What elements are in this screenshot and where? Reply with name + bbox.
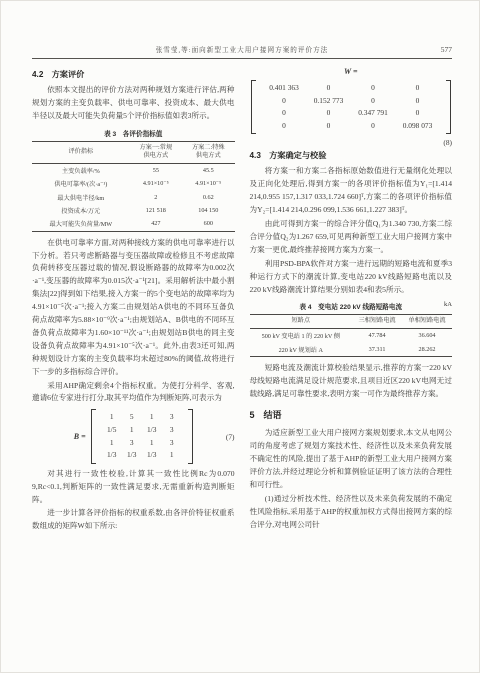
paragraph: 进一步计算各评价指标的权重系数,由各评价特征权重系数组成的矩阵W如下所示: [32,507,235,533]
page-header: 张雪莹,等:面向新型工业大用户接网方案的评价方法 577 [32,44,452,54]
paragraph: 对其进行一致性校验,计算其一致性比例Rc为0.070 9,Rc<0.1,判断矩阵… [32,468,235,507]
matrix-cell: 0 [306,107,351,120]
paragraph: 将方案一和方案二各指标原始数值进行无量纲化处理以及正向化处理后,得到方案一的各项… [250,165,453,217]
matrix-cell: 1 [102,411,122,424]
table-cell: 47.784 [352,328,402,342]
table-cell: 供电可靠率/(次·a⁻¹) [32,177,130,190]
matrix-b-grid: 1 5 1 3 1/5 1 1/3 3 1 3 1 3 1/3 1/3 [96,409,188,463]
matrix-cell: 1 [102,437,122,450]
table-4: 短路点 三相短路电流 单相短路电流 500 kV 变电站 1 的 220 kV … [250,314,453,356]
table-row: 主变负载率/% 55 45.5 [32,163,235,177]
matrix-cell: 1 [142,437,162,450]
table3-col-header: 方案一:常规 供电方式 [130,141,182,163]
table-cell: 500 kV 变电站 1 的 220 kV 侧 [250,328,353,342]
table-cell: 36.604 [402,328,452,342]
table-row: 220 kV 规划站 A 37.311 28.262 [250,342,453,356]
matrix-cell: 0.401 363 [262,82,307,95]
matrix-cell: 0 [351,95,396,108]
matrix-cell: 1/5 [102,424,122,437]
matrix-b: 1 5 1 3 1/5 1 1/3 3 1 3 1 3 1/3 1/3 [91,409,193,463]
matrix-cell: 3 [122,437,142,450]
table-row: 500 kV 变电站 1 的 220 kV 侧 47.784 36.604 [250,328,453,342]
table-header-row: 短路点 三相短路电流 单相短路电流 [250,315,453,329]
matrix-w-lhs: W = [250,67,453,76]
paragraph: 利用PSD-BPA软件对方案一进行远期的短路电流和夏季3种运行方式下的潮流计算,… [250,258,453,297]
section-heading-4-2: 4.2 方案评价 [32,69,235,80]
table-cell: 4.91×10⁻⁵ [182,177,234,190]
table-header-row: 评价指标 方案一:常规 供电方式 方案二:特殊 供电方式 [32,141,235,163]
page-number: 577 [412,45,452,54]
table-cell: 427 [130,217,182,231]
table-cell: 55 [130,163,182,177]
table-cell: 121 518 [130,204,182,217]
matrix-cell: 0 [395,95,440,108]
matrix-cell: 0 [395,107,440,120]
matrix-cell: 0 [306,120,351,133]
matrix-cell: 0 [395,82,440,95]
paragraph: 采用AHP确定剩余4个指标权重。为使打分科学、客观,邀请6位专家进行打分,取其平… [32,380,235,406]
paragraph: 在供电可靠率方面,对两种接线方案的供电可靠率进行以下分析。若只考虑断路器与变压器… [32,237,235,379]
matrix-cell: 0.347 791 [351,107,396,120]
table-cell: 28.262 [402,342,452,356]
equation-7: B = 1 5 1 3 1/5 1 1/3 3 1 3 1 [32,409,235,463]
table-cell: 0.62 [182,190,234,203]
matrix-cell: 0 [306,82,351,95]
matrix-cell: 0 [262,107,307,120]
table-cell: 最大可能失负荷量/MW [32,217,130,231]
paragraph: 短路电流及潮流计算校验结果显示,推荐的方案一220 kV母线短路电流满足设计规范… [250,362,453,401]
table-row: 最大可能失负荷量/MW 427 600 [32,217,235,231]
paragraph: 依照本文提出的评价方法对两种规划方案进行评估,两种规划方案的主变负载率、供电可靠… [32,84,235,123]
section-heading-4-3: 4.3 方案确定与校验 [250,150,453,161]
matrix-cell: 0.152 773 [306,95,351,108]
table4-unit: kA [444,301,452,308]
two-column-body: 4.2 方案评价 依照本文提出的评价方法对两种规划方案进行评估,两种规划方案的主… [32,67,452,534]
matrix-w-grid: 0.401 363 0 0 0 0 0.152 773 0 0 0 0 0.34… [256,80,446,134]
matrix-cell: 0 [351,82,396,95]
header-rule [32,58,452,59]
matrix-cell: 3 [162,424,182,437]
table-cell: 2 [130,190,182,203]
running-title: 张雪莹,等:面向新型工业大用户接网方案的评价方法 [72,44,412,54]
matrix-cell: 1/3 [122,449,142,462]
matrix-cell: 1/3 [142,424,162,437]
matrix-cell: 3 [162,437,182,450]
table4-col-header: 三相短路电流 [352,315,402,329]
table4-col-header: 短路点 [250,315,353,329]
matrix-cell: 3 [162,411,182,424]
table-row: 供电可靠率/(次·a⁻¹) 4.91×10⁻⁵ 4.91×10⁻⁵ [32,177,235,190]
table-cell: 220 kV 规划站 A [250,342,353,356]
table-cell: 600 [182,217,234,231]
matrix-cell: 1/3 [142,449,162,462]
paper-page: 张雪莹,等:面向新型工业大用户接网方案的评价方法 577 4.2 方案评价 依照… [0,0,480,673]
equation-8: 0.401 363 0 0 0 0 0.152 773 0 0 0 0 0.34… [250,80,453,134]
section-heading-5: 5 结语 [250,408,453,421]
table-cell: 投资成本/万元 [32,204,130,217]
table-cell: 主变负载率/% [32,163,130,177]
paragraph: 为适应新型工业大用户接网方案规划要求,本文从电网公司的角度考虑了规划方案技术性、… [250,427,453,492]
table3-caption: 表 3 各评价指标值 [32,128,235,138]
left-column: 4.2 方案评价 依照本文提出的评价方法对两种规划方案进行评估,两种规划方案的主… [32,67,235,534]
matrix-b-lhs: B = [74,432,86,441]
matrix-cell: 5 [122,411,142,424]
table-row: 投资成本/万元 121 518 104 150 [32,204,235,217]
table4-col-header: 单相短路电流 [402,315,452,329]
bracket-right [446,80,451,134]
matrix-cell: 1 [122,424,142,437]
table3-col-header: 评价指标 [32,141,130,163]
matrix-cell: 0.098 073 [395,120,440,133]
paragraph: (1)通过分析技术性、经济性以及未来负荷发展的不确定性风险指标,采用基于AHP的… [250,493,453,532]
table3-col-header: 方案二:特殊 供电方式 [182,141,234,163]
bracket-right [188,409,193,463]
paragraph: 由此可得到方案一的综合评分值Q₁为1.340 730,方案二综合评分值Q₂为1.… [250,218,453,257]
right-column: W = 0.401 363 0 0 0 0 0.152 773 0 0 0 0 [250,67,453,534]
table4-caption: 表 4 变电站 220 kV 线路短路电流 [250,301,453,311]
matrix-cell: 0 [262,95,307,108]
equation-number: (7) [226,432,235,441]
equation-number: (8) [443,138,452,147]
table-cell: 104 150 [182,204,234,217]
table-3: 评价指标 方案一:常规 供电方式 方案二:特殊 供电方式 主变负载率/% 55 … [32,141,235,232]
table-cell: 45.5 [182,163,234,177]
matrix-w: 0.401 363 0 0 0 0 0.152 773 0 0 0 0 0.34… [251,80,451,134]
matrix-cell: 0 [351,120,396,133]
matrix-cell: 1 [162,449,182,462]
table-row: 最大供电半径/km 2 0.62 [32,190,235,203]
table-cell: 4.91×10⁻⁵ [130,177,182,190]
equation-number-line: (8) [250,138,453,147]
matrix-cell: 1 [142,411,162,424]
matrix-cell: 0 [262,120,307,133]
table4-caption-row: 表 4 变电站 220 kV 线路短路电流 kA [250,301,453,311]
table-cell: 最大供电半径/km [32,190,130,203]
table-cell: 37.311 [352,342,402,356]
matrix-cell: 1/3 [102,449,122,462]
